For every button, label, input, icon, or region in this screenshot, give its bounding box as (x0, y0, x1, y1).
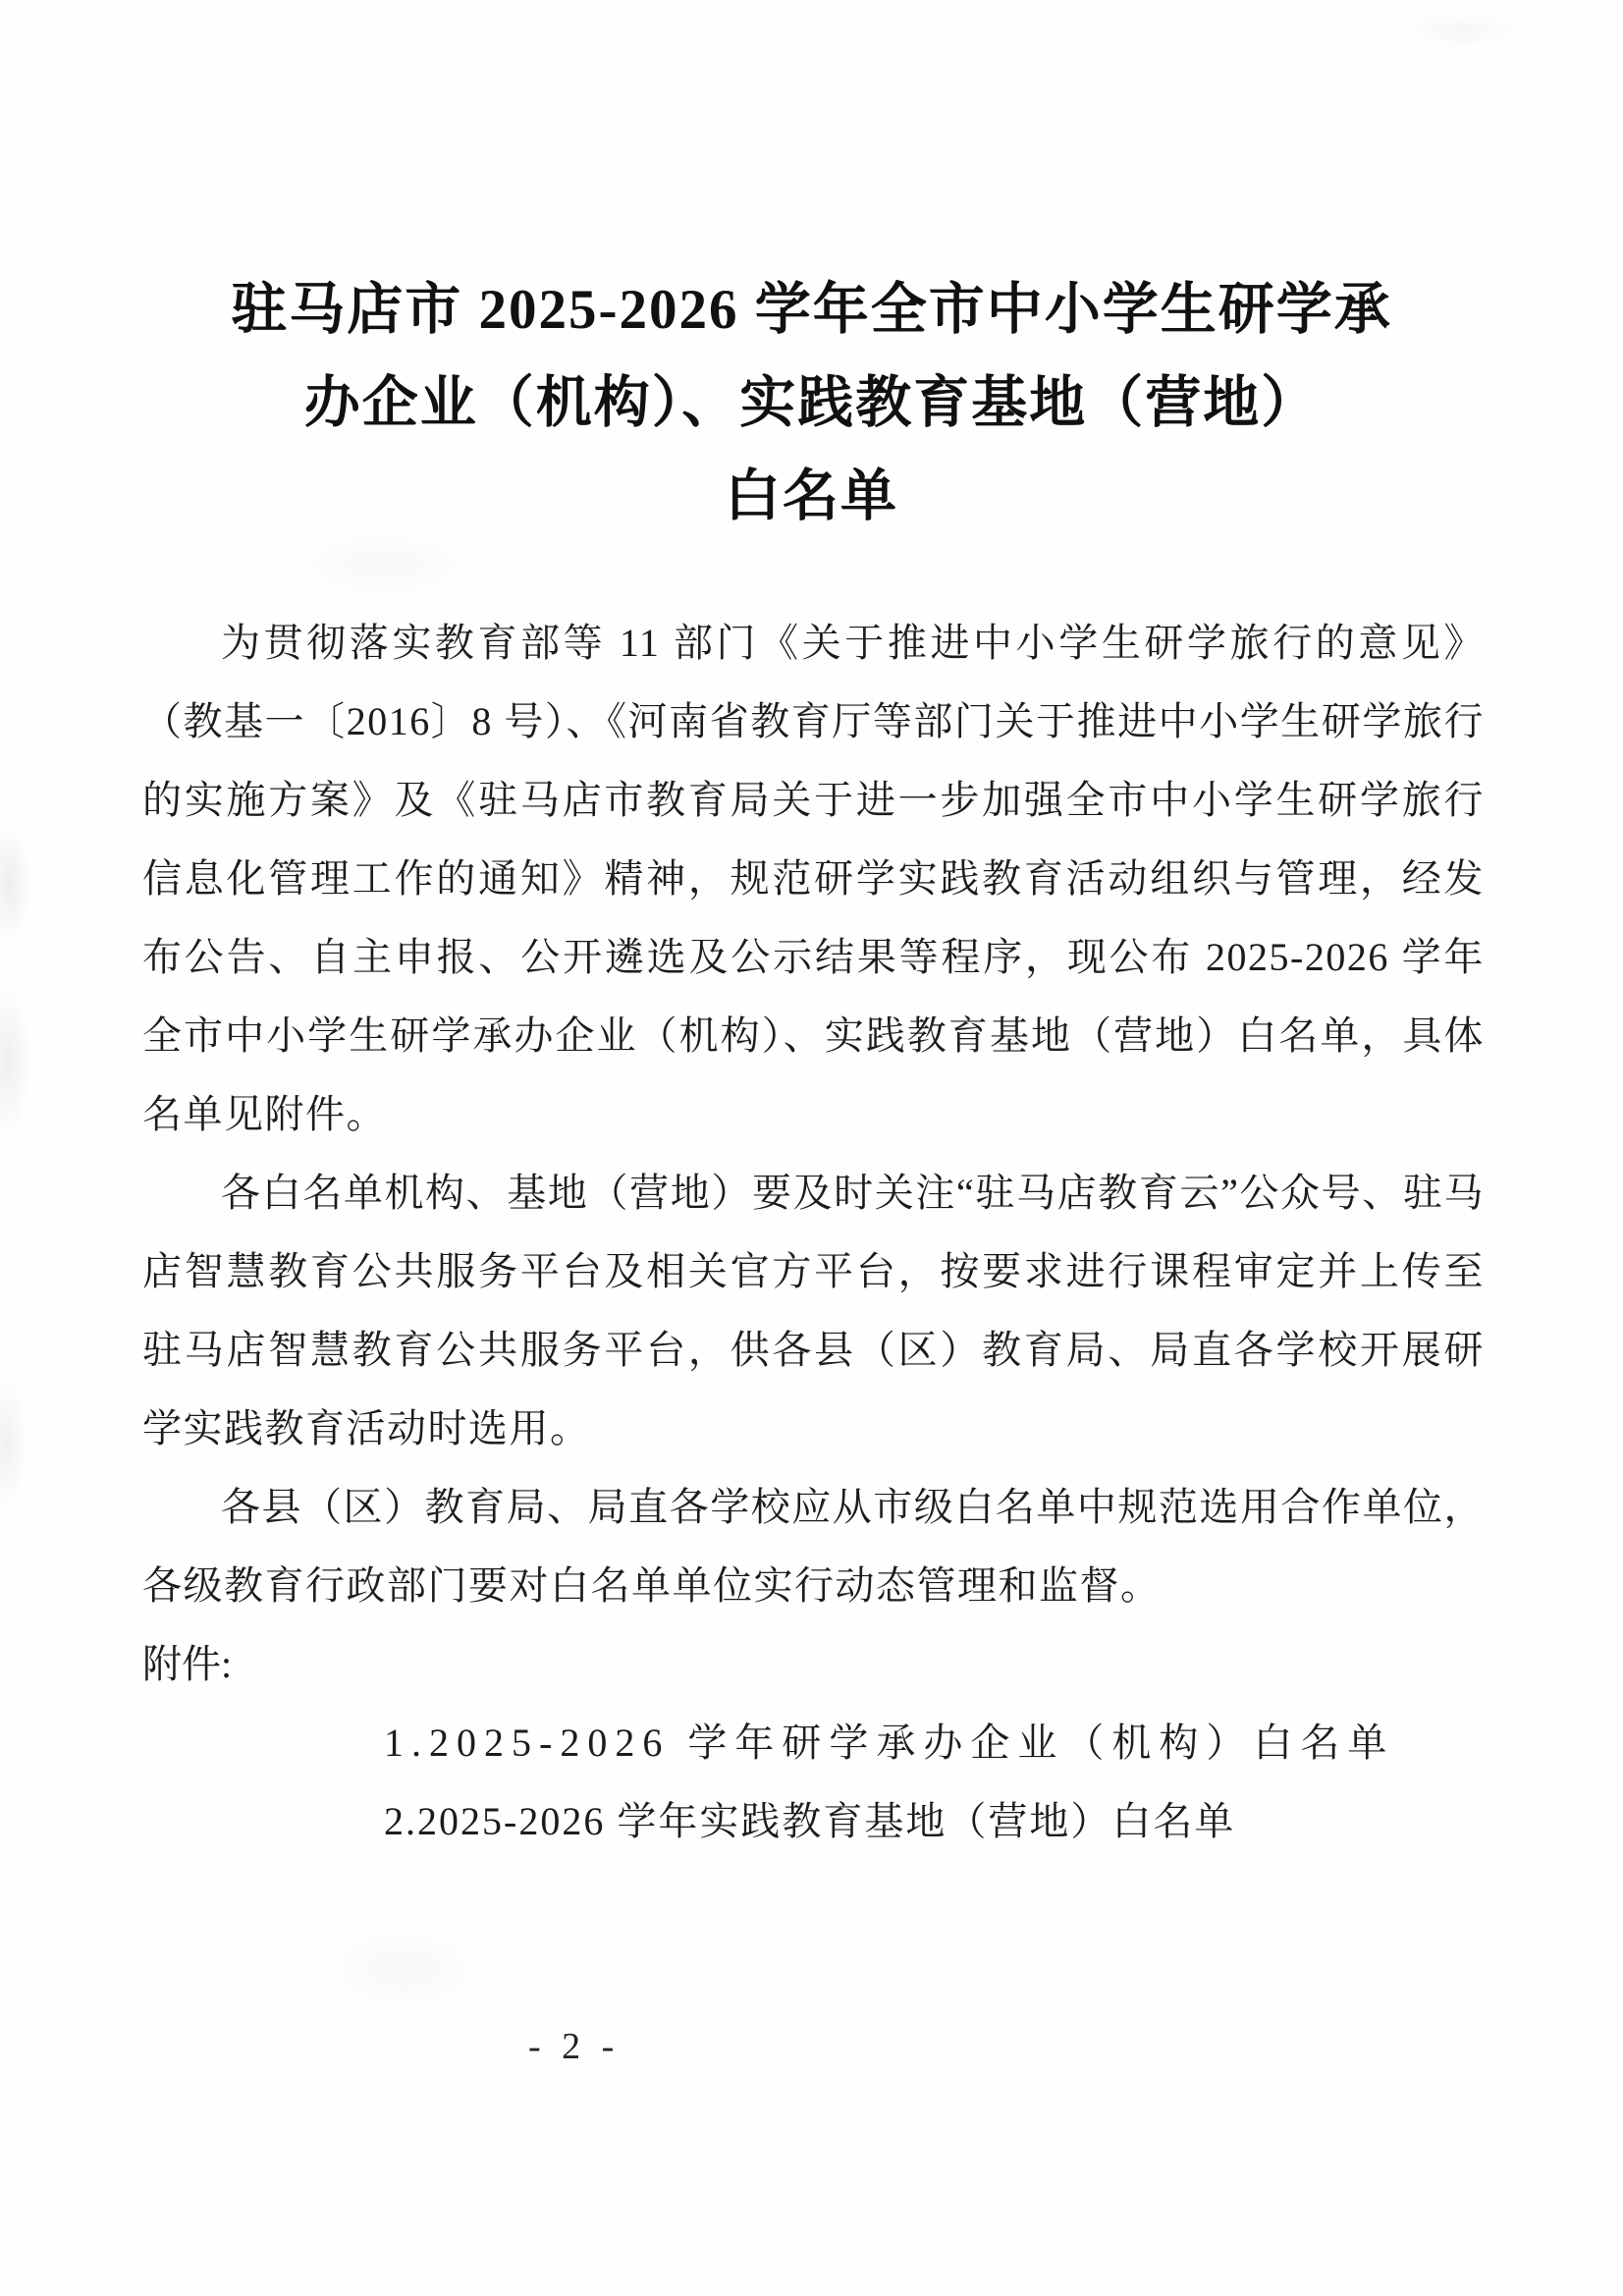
paragraph-3: 各县（区）教育局、局直各学校应从市级白名单中规范选用合作单位，各级教育行政部门要… (142, 1468, 1485, 1625)
attachment-list: 1.2025-2026 学年研学承办企业（机构）白名单 2.2025-2026 … (142, 1704, 1485, 1861)
document-page: 驻马店市 2025-2026 学年全市中小学生研学承 办企业（机构）、实践教育基… (0, 0, 1623, 2296)
title-line-3: 白名单 (0, 450, 1623, 543)
title-line-2: 办企业（机构）、实践教育基地（营地） (0, 356, 1623, 450)
page-number: - 2 - (528, 2025, 620, 2068)
scan-smudge (0, 1375, 27, 1512)
attachment-label: 附件: (142, 1625, 1485, 1704)
document-body: 为贯彻落实教育部等 11 部门《关于推进中小学生研学旅行的意见》（教基一〔201… (142, 604, 1485, 1625)
attachment-item-1: 1.2025-2026 学年研学承办企业（机构）白名单 (142, 1704, 1485, 1782)
scan-smudge (0, 982, 31, 1139)
document-title: 驻马店市 2025-2026 学年全市中小学生研学承 办企业（机构）、实践教育基… (0, 0, 1623, 543)
attachment-item-2: 2.2025-2026 学年实践教育基地（营地）白名单 (142, 1782, 1485, 1861)
paragraph-2: 各白名单机构、基地（营地）要及时关注“驻马店教育云”公众号、驻马店智慧教育公共服… (142, 1154, 1485, 1468)
scan-smudge (0, 825, 31, 943)
scan-smudge (324, 1925, 481, 2013)
title-line-1: 驻马店市 2025-2026 学年全市中小学生研学承 (0, 263, 1623, 356)
paragraph-1: 为贯彻落实教育部等 11 部门《关于推进中小学生研学旅行的意见》（教基一〔201… (142, 604, 1485, 1154)
